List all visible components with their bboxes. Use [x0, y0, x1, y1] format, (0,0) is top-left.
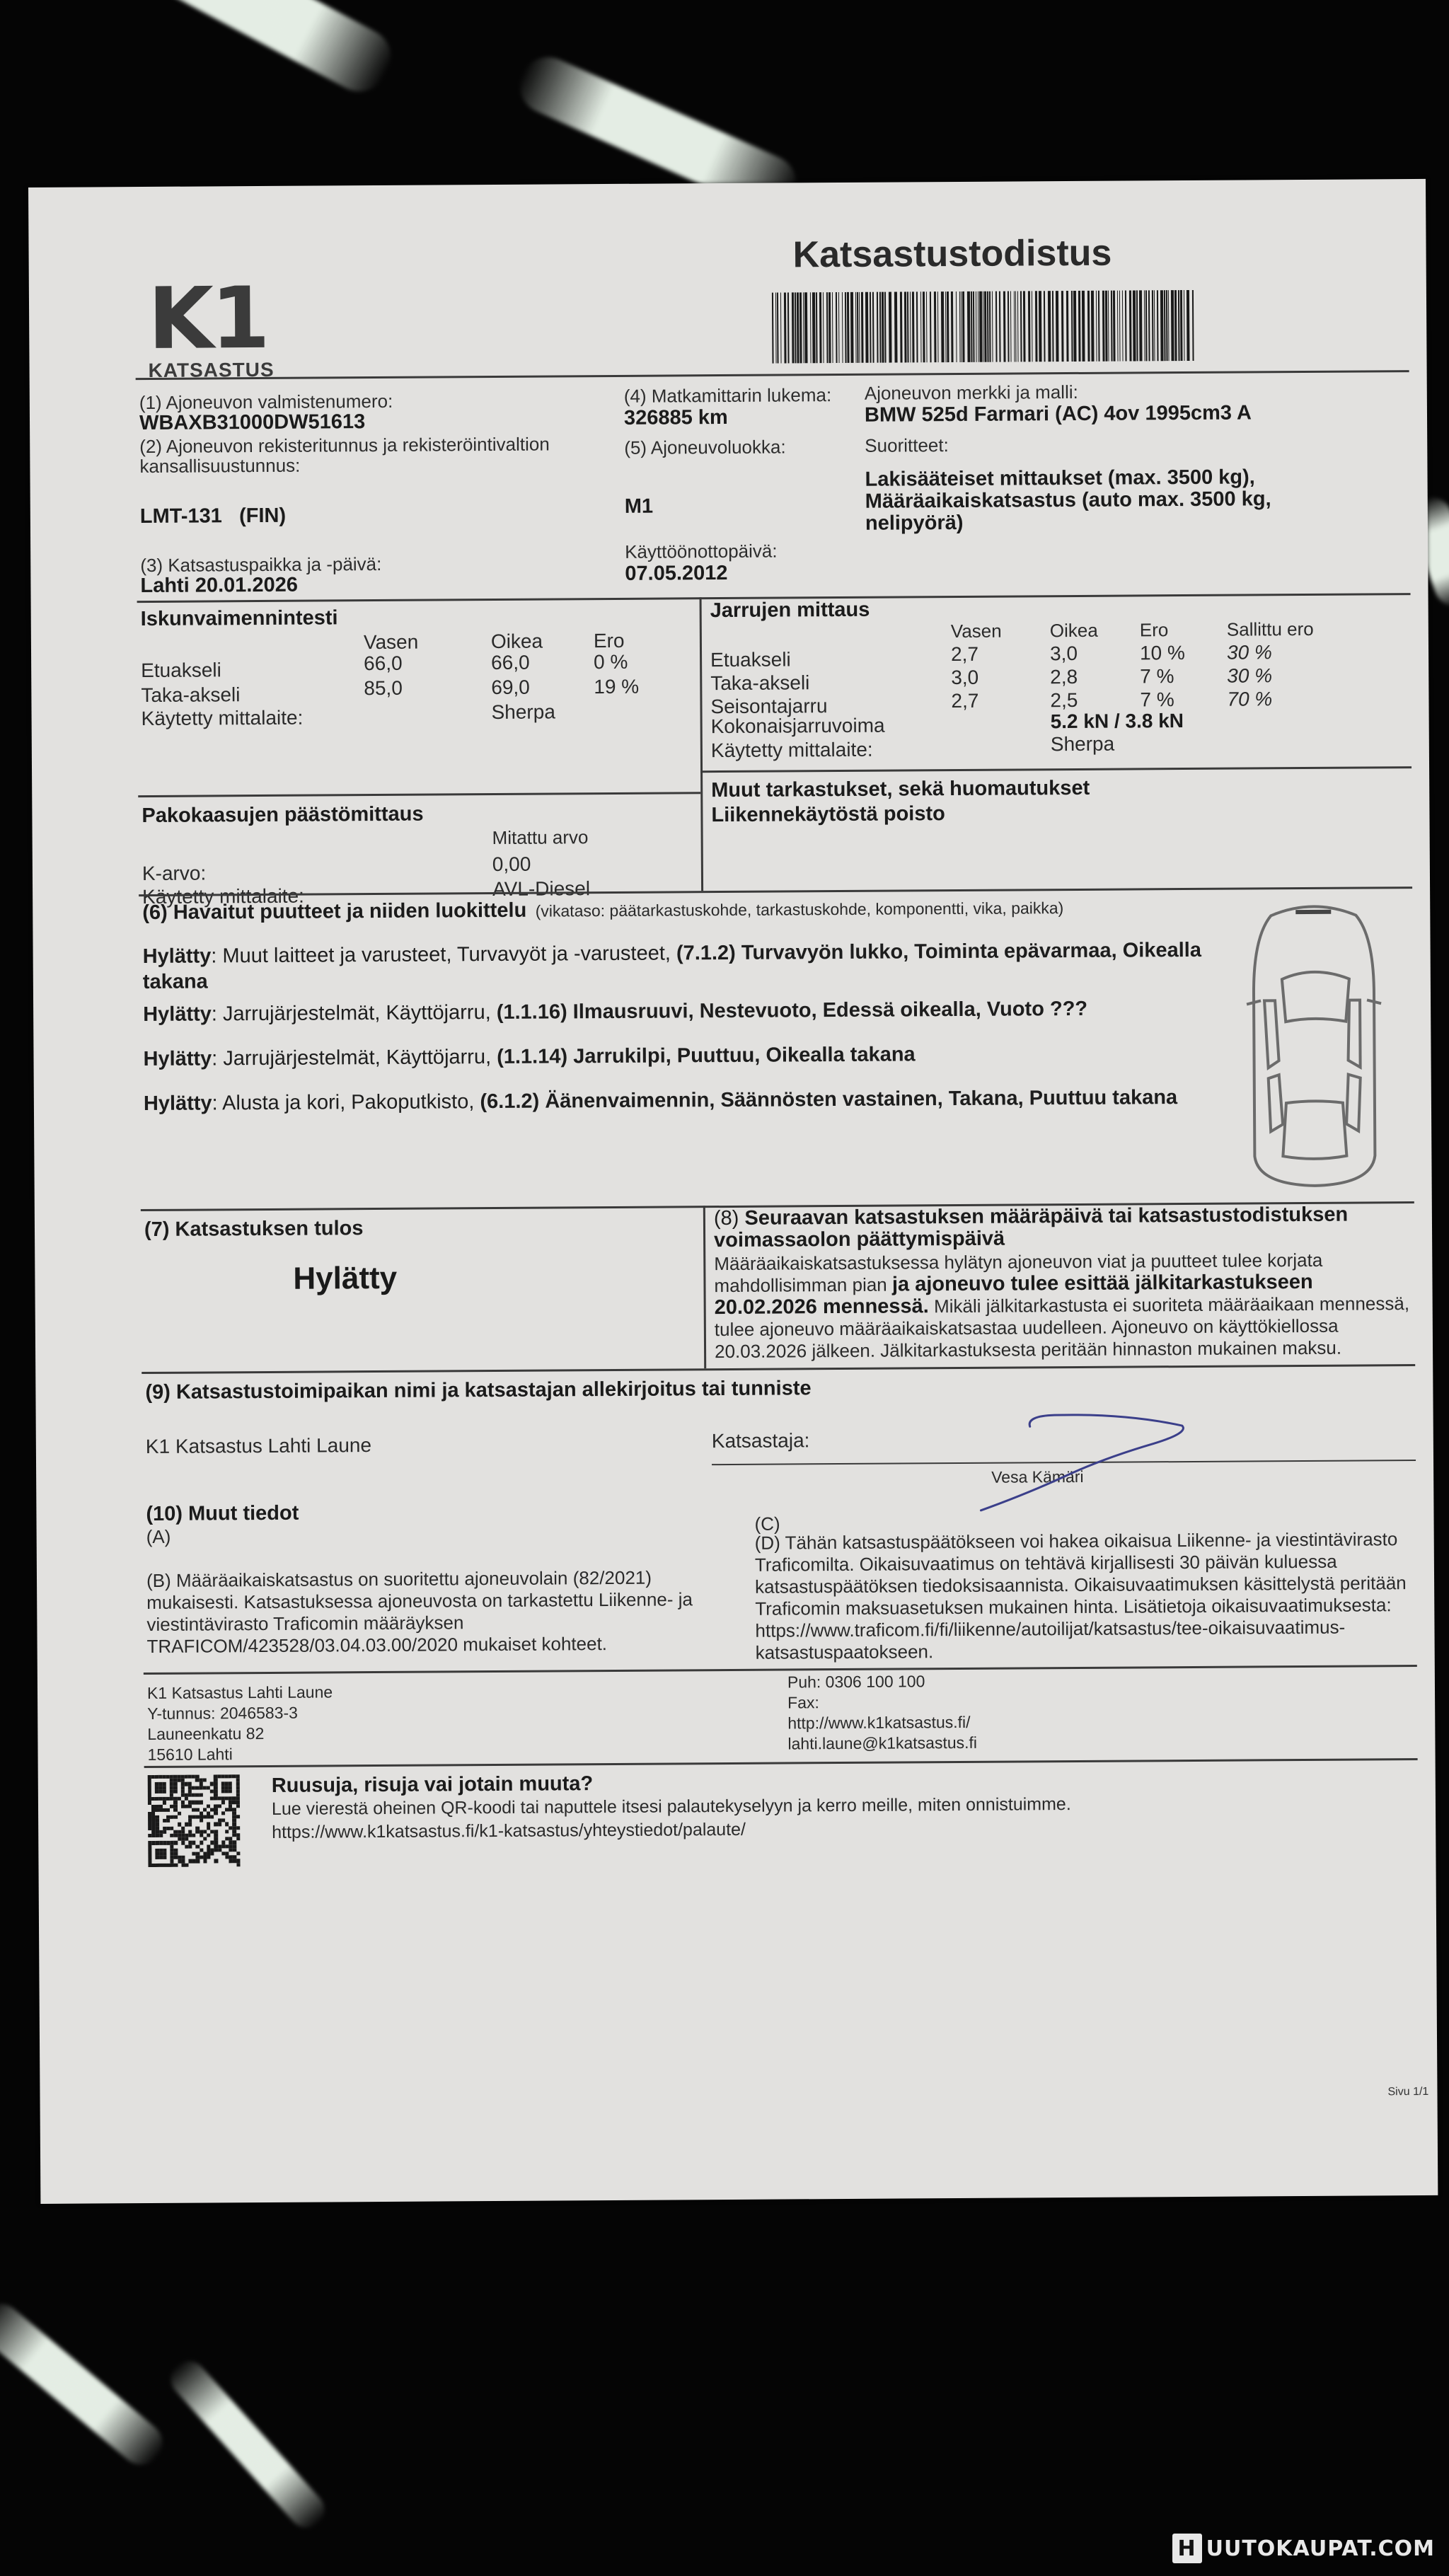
other-info-title: (10) Muut tiedot [146, 1502, 299, 1526]
column-header-allowed: Sallittu ero [1227, 618, 1314, 641]
emission-device-value: AVL-Diesel [492, 877, 590, 901]
shock-row-label: Etuakseli [141, 659, 221, 682]
document-title: Katsastustodistus [792, 232, 1112, 277]
k1-logo: K1 KATSASTUS [148, 277, 275, 382]
brake-right-value: 2,5 [1050, 689, 1078, 712]
shock-left-value: 85,0 [364, 677, 403, 700]
k-value-label: K-arvo: [142, 862, 206, 885]
brake-allowed-value: 30 % [1227, 664, 1272, 687]
defect-detail: (1.1.14) Jarrukilpi, Puuttuu, Oikealla t… [497, 1043, 916, 1068]
station-name: K1 Katsastus Lahti Laune [146, 1434, 371, 1458]
brake-row-label: Seisontajarru [710, 695, 827, 718]
next-inspection-title: (8) Seuraavan katsastuksen määräpäivä ta… [714, 1203, 1414, 1252]
shock-device-value: Sherpa [491, 700, 555, 724]
shock-test-title: Iskunvaimennintesti [141, 606, 338, 631]
qr-code-icon[interactable] [148, 1774, 240, 1866]
services-list: Lakisääteiset mittaukset (max. 3500 kg),… [865, 466, 1271, 535]
measured-value-label: Mitattu arvo [492, 826, 589, 849]
shock-right-value: 66,0 [491, 652, 530, 674]
inspection-certificate: K1 KATSASTUS Katsastustodistus (1) Ajone… [28, 179, 1438, 2204]
shock-left-value: 66,0 [364, 652, 403, 675]
column-header-left: Vasen [364, 631, 419, 654]
feedback-text: Lue vierestä oheinen QR-koodi tai naputt… [272, 1794, 1071, 1820]
feedback-section: Ruusuja, risuja vai jotain muuta? Lue vi… [272, 1769, 1071, 1843]
defect-level: Hylätty [143, 1003, 212, 1026]
defect-item: Hylätty: Jarrujärjestelmät, Käyttöjarru,… [143, 1040, 1247, 1073]
inspector-label: Katsastaja: [712, 1429, 810, 1452]
brake-right-value: 3,0 [1050, 642, 1078, 665]
brake-row-label: Etuakseli [710, 648, 791, 671]
first-use-label: Käyttöönottopäivä: [625, 541, 778, 563]
make-model-label: Ajoneuvon merkki ja malli: [865, 381, 1078, 405]
shock-right-value: 69,0 [491, 676, 530, 699]
signature-title: (9) Katsastustoimipaikan nimi ja katsast… [145, 1377, 811, 1404]
brake-row-label: Taka-akseli [710, 671, 809, 695]
feedback-link[interactable]: https://www.k1katsastus.fi/k1-katsastus/… [272, 1818, 1071, 1843]
defect-path: : Jarrujärjestelmät, Käyttöjarru, [212, 1046, 497, 1070]
registration-label-1: (2) Ajoneuvon rekisteritunnus ja rekiste… [139, 434, 550, 458]
footer-city: 15610 Lahti [147, 1743, 333, 1765]
service-item: Määräaikaiskatsastus (auto max. 3500 kg, [865, 488, 1271, 513]
footer-phone: Puh: 0306 100 100 [787, 1671, 977, 1693]
defect-level: Hylätty [144, 1092, 212, 1115]
brake-allowed-value: 70 % [1227, 688, 1272, 710]
car-top-view-icon [1242, 894, 1386, 1191]
next-inspection-title-text: Seuraavan katsastuksen määräpäivä tai ka… [714, 1203, 1348, 1252]
shock-row-label: Taka-akseli [141, 683, 240, 707]
huutokaupat-watermark: H UUTOKAUPAT.COM [1172, 2534, 1435, 2563]
result-value: Hylätty [293, 1261, 397, 1297]
brake-left-value: 2,7 [951, 690, 978, 712]
watermark-text: UUTOKAUPAT.COM [1206, 2536, 1435, 2561]
defect-item: Hylätty: Alusta ja kori, Pakoputkisto, (… [144, 1084, 1247, 1116]
logo-mark: K1 [148, 277, 275, 362]
brake-device-label: Käytetty mittalaite: [711, 739, 873, 762]
brake-left-value: 3,0 [951, 666, 978, 689]
defect-item: Hylätty: Muut laitteet ja varusteet, Tur… [143, 937, 1247, 995]
footer-address: K1 Katsastus Lahti Laune Y-tunnus: 20465… [147, 1682, 333, 1765]
other-checks-title: Muut tarkastukset, sekä huomautukset [711, 777, 1090, 802]
defect-path: : Muut laitteet ja varusteet, Turvavyöt … [211, 942, 676, 967]
light-reflection [108, 0, 400, 101]
defect-item: Hylätty: Jarrujärjestelmät, Käyttöjarru,… [143, 995, 1247, 1028]
defects-title: (6) Havaitut puutteet ja niiden luokitte… [142, 899, 526, 924]
result-title: (7) Katsastuksen tulos [144, 1217, 364, 1242]
other-info-a: (A) [146, 1526, 171, 1548]
make-model-value: BMW 525d Farmari (AC) 4ov 1995cm3 A [865, 401, 1252, 427]
vehicle-class-value: M1 [625, 495, 653, 519]
light-reflection [0, 2295, 171, 2473]
total-brake-force-value: 5.2 kN / 3.8 kN [1051, 710, 1184, 733]
footer-fax: Fax: [787, 1692, 977, 1714]
brake-diff-value: 10 % [1140, 642, 1185, 664]
other-info-b: (B) Määräaikaiskatsastus on suoritettu a… [146, 1566, 749, 1658]
brake-device-value: Sherpa [1051, 733, 1114, 756]
shock-diff-value: 0 % [594, 651, 628, 674]
column-header-left: Vasen [951, 620, 1002, 642]
brake-test-title: Jarrujen mittaus [710, 599, 870, 623]
brake-right-value: 2,8 [1050, 666, 1078, 688]
column-header-diff: Ero [1140, 619, 1169, 641]
column-header-right: Oikea [1050, 620, 1098, 642]
footer-company: K1 Katsastus Lahti Laune [147, 1682, 333, 1704]
huutokaupat-logo-icon: H [1172, 2534, 1202, 2563]
defect-detail: (6.1.2) Äänenvaimennin, Säännösten vasta… [480, 1086, 1177, 1113]
page-indicator: Sivu 1/1 [1387, 2086, 1428, 2098]
services-label: Suoritteet: [865, 434, 949, 457]
shock-device-label: Käytetty mittalaite: [141, 707, 303, 730]
odometer-label: (4) Matkamittarin lukema: [624, 384, 831, 408]
other-checks-note: Liikennekäytöstä poisto [711, 802, 945, 827]
defect-level: Hylätty [143, 945, 212, 968]
vehicle-class-label: (5) Ajoneuvoluokka: [624, 436, 786, 458]
defects-subtitle: (vikataso: päätarkastuskohde, tarkastusk… [536, 899, 1064, 920]
footer-email-link[interactable]: lahti.laune@k1katsastus.fi [787, 1733, 977, 1755]
brake-allowed-value: 30 % [1227, 641, 1272, 664]
defects-header: (6) Havaitut puutteet ja niiden luokitte… [142, 896, 1063, 925]
feedback-title: Ruusuja, risuja vai jotain muuta? [272, 1769, 1071, 1798]
shock-diff-value: 19 % [594, 676, 639, 698]
registration-plate: LMT-131 [140, 504, 222, 528]
k-value: 0,00 [492, 853, 531, 876]
first-use-value: 07.05.2012 [625, 562, 727, 586]
brake-left-value: 2,7 [951, 643, 978, 666]
signature-scribble [942, 1404, 1197, 1512]
registration-value: LMT-131 (FIN) [140, 504, 286, 529]
service-item: Lakisääteiset mittaukset (max. 3500 kg), [865, 466, 1271, 491]
result-title-text: (7) Katsastuksen tulos [144, 1217, 364, 1241]
next-inspection-section: (8) Seuraavan katsastuksen määräpäivä ta… [714, 1203, 1415, 1363]
footer-business-id: Y-tunnus: 2046583-3 [147, 1702, 333, 1724]
emission-test-title: Pakokaasujen päästömittaus [142, 803, 423, 828]
footer-contact: Puh: 0306 100 100 Fax: http://www.k1kats… [787, 1671, 977, 1755]
defect-path: : Jarrujärjestelmät, Käyttöjarru, [212, 1001, 497, 1025]
defect-level: Hylätty [143, 1047, 212, 1070]
column-header-right: Oikea [491, 630, 543, 653]
section-number: (8) [714, 1207, 739, 1230]
other-info-d: (D) Tähän katsastuspäätökseen voi hakea … [755, 1528, 1414, 1664]
registration-label-2: kansallisuustunnus: [139, 455, 300, 478]
vin-value: WBAXB31000DW51613 [139, 410, 365, 435]
service-item: nelipyörä) [865, 510, 1271, 535]
defect-detail: (1.1.16) Ilmausruuvi, Nestevuoto, Edessä… [497, 998, 1088, 1024]
place-date-value: Lahti 20.01.2026 [140, 574, 298, 598]
brake-diff-value: 7 % [1140, 665, 1174, 688]
next-inspection-text: Määräaikaiskatsastuksessa hylätyn ajoneu… [714, 1249, 1415, 1363]
registration-country: (FIN) [239, 504, 286, 527]
column-header-diff: Ero [594, 630, 625, 652]
brake-diff-value: 7 % [1140, 688, 1174, 711]
odometer-value: 326885 km [624, 406, 728, 430]
defect-path: : Alusta ja kori, Pakoputkisto, [212, 1090, 480, 1114]
footer-website-link[interactable]: http://www.k1katsastus.fi/ [787, 1712, 977, 1734]
barcode [772, 290, 1197, 364]
light-reflection [163, 2354, 332, 2535]
footer-street: Launeenkatu 82 [147, 1723, 333, 1745]
